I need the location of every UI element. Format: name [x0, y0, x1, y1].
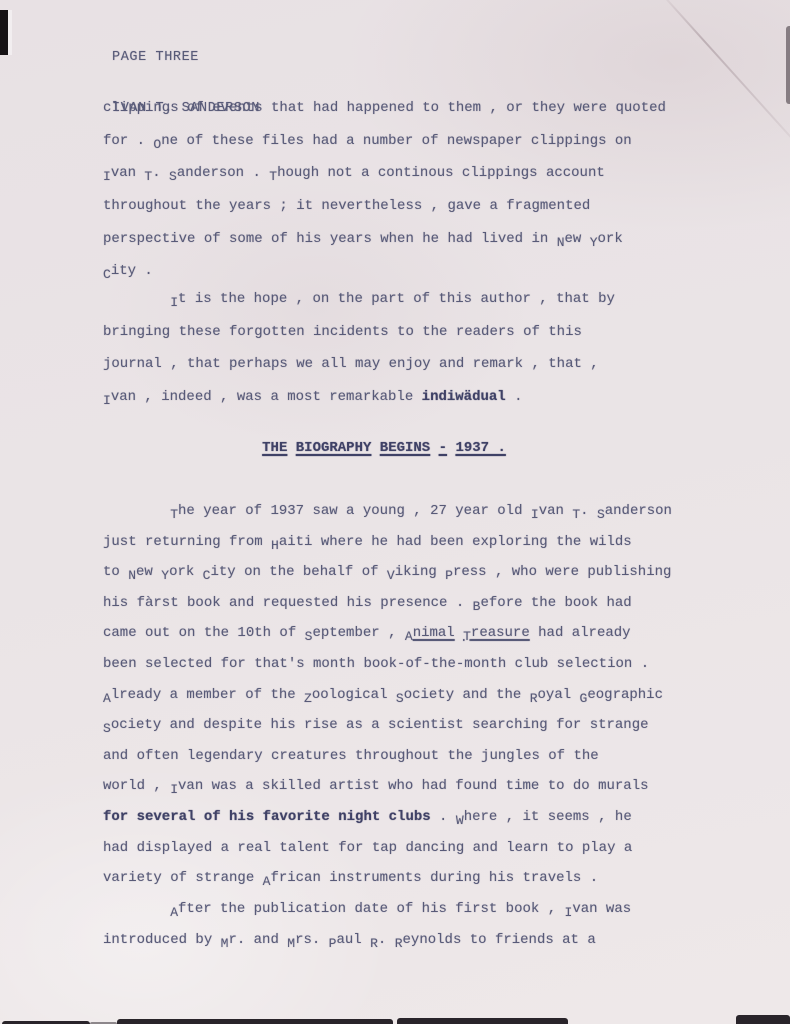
paragraph-2: It is the hope , on the part of this aut…: [103, 283, 615, 414]
paper-sheet: PAGE THREE IVAN T. SANDERSON clippings o…: [0, 0, 790, 1024]
scan-notch-highlight: [8, 10, 12, 55]
page-number-label: PAGE THREE: [112, 49, 260, 66]
text-line: Ivan , indeed , was a most remarkable in…: [103, 381, 615, 414]
paper-crease: [656, 0, 790, 138]
text-line: and often legendary creatures throughout…: [103, 741, 672, 772]
text-line: Society and despite his rise as a scient…: [103, 710, 672, 741]
text-line: to New York City on the behalf of Viking…: [103, 557, 672, 588]
scan-right-edge-artifact: [786, 26, 790, 104]
scan-bottom-edge: [736, 1015, 790, 1024]
text-line: for several of his favorite night clubs …: [103, 802, 672, 833]
scan-notch-artifact: [0, 10, 8, 55]
text-line: variety of strange African instruments d…: [103, 863, 672, 894]
text-line: clippings of events that had happened to…: [103, 92, 666, 125]
text-line: It is the hope , on the part of this aut…: [103, 283, 615, 316]
scan-bottom-edge: [117, 1019, 393, 1024]
text-line: came out on the 10th of September , Anim…: [103, 618, 672, 649]
scanned-page: PAGE THREE IVAN T. SANDERSON clippings o…: [0, 0, 790, 1024]
text-line: perspective of some of his years when he…: [103, 223, 666, 256]
text-line: world , Ivan was a skilled artist who ha…: [103, 771, 672, 802]
text-line: Already a member of the Zoological Socie…: [103, 680, 672, 711]
text-line: bringing these forgotten incidents to th…: [103, 316, 615, 349]
text-line: just returning from Haiti where he had b…: [103, 527, 672, 558]
paragraph-4: After the publication date of his first …: [103, 894, 631, 955]
text-line: After the publication date of his first …: [103, 894, 631, 925]
text-line: had displayed a real talent for tap danc…: [103, 833, 672, 864]
text-line: Ivan T. Sanderson . Though not a contino…: [103, 157, 666, 190]
text-line: throughout the years ; it nevertheless ,…: [103, 190, 666, 223]
text-line: his fàrst book and requested his presenc…: [103, 588, 672, 619]
text-line: THE BIOGRAPHY BEGINS - 1937 .: [0, 438, 779, 458]
text-line: journal , that perhaps we all may enjoy …: [103, 348, 615, 381]
text-line: introduced by Mr. and Mrs. Paul R. Reyno…: [103, 925, 631, 956]
text-line: The year of 1937 saw a young , 27 year o…: [103, 496, 672, 527]
text-line: been selected for that's month book-of-t…: [103, 649, 672, 680]
scan-bottom-edge: [397, 1018, 568, 1024]
text-line: for . One of these files had a number of…: [103, 125, 666, 158]
paragraph-1: clippings of events that had happened to…: [103, 92, 666, 288]
section-heading: THE BIOGRAPHY BEGINS - 1937 .: [0, 438, 779, 458]
paragraph-3: The year of 1937 saw a young , 27 year o…: [103, 496, 672, 894]
